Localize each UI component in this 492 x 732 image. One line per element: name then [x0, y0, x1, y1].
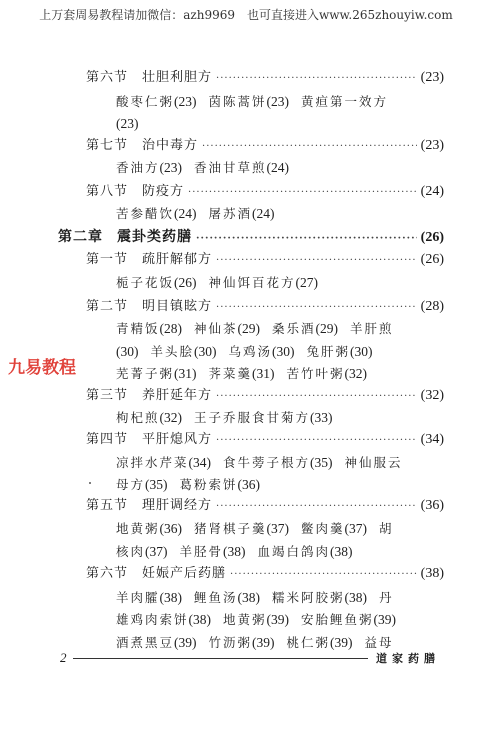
toc-section-entry: 第八节防疫方(24)	[86, 184, 444, 201]
recipe-page: (29)	[316, 321, 339, 336]
toc-recipe-line: 羊肉臛(38)鲤鱼汤(38)糯米阿胶粥(38)丹	[116, 590, 394, 606]
toc-recipe-line: (23)	[116, 116, 139, 132]
toc-recipe-line: 凉拌水芹菜(34)食牛蒡子根方(35)神仙服云	[116, 455, 403, 471]
recipe-name: 神仙服云	[345, 455, 403, 470]
toc-recipe-line: 母方(35)葛粉索饼(36)	[116, 477, 260, 493]
recipe-name: 丹	[379, 590, 394, 605]
footer-rule	[73, 658, 369, 659]
toc-recipe-line: 核肉(37)羊胫骨(38)血竭白鸽肉(38)	[116, 544, 353, 560]
toc-section-entry: 第六节壮胆利胆方(23)	[86, 70, 444, 87]
recipe-name: 益母	[365, 635, 394, 650]
toc-section-entry: 第一节疏肝解郁方(26)	[86, 252, 444, 269]
recipe-page: (28)	[160, 321, 183, 336]
entry-title: 壮胆利胆方	[142, 70, 212, 86]
recipe-page: (35)	[310, 455, 333, 470]
recipe-name: 猪肾棋子羹	[194, 521, 267, 536]
recipe-name: 葛粉索饼	[180, 477, 238, 492]
recipe-name: 羊胫骨	[180, 544, 224, 559]
recipe-name: 地黄粥	[116, 521, 160, 536]
recipe-page: (35)	[145, 477, 168, 492]
recipe-name: 青精饭	[116, 321, 160, 336]
recipe-page: (37)	[267, 521, 290, 536]
recipe-name: 芜菁子粥	[116, 366, 174, 381]
recipe-page: (34)	[189, 455, 212, 470]
toc-recipe-line: 青精饭(28)神仙茶(29)桑乐酒(29)羊肝煎	[116, 321, 394, 337]
toc-section-entry: 第二节明目镇眩方(28)	[86, 299, 444, 316]
dot-leader	[196, 231, 417, 247]
recipe-page: (38)	[345, 590, 368, 605]
recipe-name: 酸枣仁粥	[116, 94, 174, 109]
recipe-name: 地黄粥	[223, 612, 267, 627]
recipe-page: (26)	[174, 275, 197, 290]
recipe-page: (39)	[252, 635, 275, 650]
entry-page: (38)	[421, 566, 444, 582]
recipe-name: 枸杞煎	[116, 410, 160, 425]
entry-number: 第五节	[86, 498, 128, 514]
recipe-page: (38)	[330, 544, 353, 559]
recipe-page: (33)	[310, 410, 333, 425]
recipe-name: 血竭白鸽肉	[258, 544, 331, 559]
recipe-name: 苦竹叶粥	[287, 366, 345, 381]
recipe-page: (36)	[160, 521, 183, 536]
recipe-page: (24)	[252, 206, 275, 221]
dot-leader	[216, 253, 417, 269]
recipe-name: 黄疸第一效方	[301, 94, 388, 109]
dot-leader	[216, 71, 417, 87]
recipe-name: 食牛蒡子根方	[223, 455, 310, 470]
recipe-name: 栀子花饭	[116, 275, 174, 290]
toc-section-entry: 第七节治中毒方(23)	[86, 138, 444, 155]
scan-speck	[89, 482, 91, 484]
recipe-name: 凉拌水芹菜	[116, 455, 189, 470]
entry-title: 理肝调经方	[142, 498, 212, 514]
recipe-name: 王子乔服食甘菊方	[194, 410, 310, 425]
recipe-page: (27)	[296, 275, 319, 290]
recipe-page: (30)	[350, 344, 373, 359]
dot-leader	[216, 499, 417, 515]
toc-recipe-line: 栀子花饭(26)神仙饵百花方(27)	[116, 275, 318, 291]
recipe-page: (39)	[374, 612, 397, 627]
toc-section-entry: 第六节妊娠产后药膳(38)	[86, 566, 444, 583]
recipe-page: (23)	[116, 116, 139, 131]
toc-recipe-line: 苦参醋饮(24)屠苏酒(24)	[116, 206, 275, 222]
recipe-page: (37)	[345, 521, 368, 536]
entry-page: (28)	[421, 299, 444, 315]
entry-title: 明目镇眩方	[142, 299, 212, 315]
recipe-name: 桃仁粥	[287, 635, 331, 650]
recipe-page: (36)	[238, 477, 261, 492]
recipe-page: (29)	[238, 321, 261, 336]
recipe-name: 乌鸡汤	[229, 344, 273, 359]
recipe-page: (32)	[160, 410, 183, 425]
recipe-name: 荠菜羹	[209, 366, 253, 381]
recipe-name: 屠苏酒	[209, 206, 253, 221]
entry-page: (34)	[421, 432, 444, 448]
entry-title: 养肝延年方	[142, 388, 212, 404]
entry-page: (23)	[421, 138, 444, 154]
dot-leader	[216, 300, 417, 316]
header-banner: 上万套周易教程请加微信：azh9969 也可直接进入www.265zhouyiw…	[0, 6, 492, 23]
entry-number: 第二章	[58, 229, 103, 245]
toc-chapter-entry: 第二章震卦类药膳(26)	[58, 229, 444, 247]
toc-recipe-line: 地黄粥(36)猪肾棋子羹(37)鳖肉羹(37)胡	[116, 521, 394, 537]
toc-section-entry: 第三节养肝延年方(32)	[86, 388, 444, 405]
recipe-page: (24)	[174, 206, 197, 221]
recipe-page: (38)	[238, 590, 261, 605]
recipe-page: (37)	[145, 544, 168, 559]
entry-number: 第八节	[86, 184, 128, 200]
toc-recipe-line: 枸杞煎(32)王子乔服食甘菊方(33)	[116, 410, 333, 426]
watermark-logo: 九易教程	[8, 353, 76, 378]
dot-leader	[230, 567, 417, 583]
recipe-page: (32)	[345, 366, 368, 381]
entry-number: 第一节	[86, 252, 128, 268]
entry-title: 震卦类药膳	[117, 229, 192, 245]
recipe-page: (39)	[174, 635, 197, 650]
recipe-page: (39)	[267, 612, 290, 627]
recipe-name: 香油方	[116, 160, 160, 175]
dot-leader	[216, 389, 417, 405]
recipe-name: 神仙饵百花方	[209, 275, 296, 290]
recipe-name: 鳖肉羹	[301, 521, 345, 536]
recipe-page: (30)	[194, 344, 217, 359]
recipe-page: (23)	[174, 94, 197, 109]
running-title: 道家药膳	[376, 650, 440, 666]
entry-title: 平肝熄风方	[142, 432, 212, 448]
entry-page: (26)	[421, 252, 444, 268]
entry-page: (24)	[421, 184, 444, 200]
entry-number: 第七节	[86, 138, 128, 154]
entry-title: 治中毒方	[142, 138, 198, 154]
recipe-page: (39)	[330, 635, 353, 650]
dot-leader	[188, 185, 417, 201]
recipe-name: 苦参醋饮	[116, 206, 174, 221]
dot-leader	[202, 139, 417, 155]
toc-recipe-line: (30)羊头脍(30)乌鸡汤(30)兔肝粥(30)	[116, 344, 373, 360]
recipe-page: (38)	[223, 544, 246, 559]
recipe-name: 核肉	[116, 544, 145, 559]
entry-title: 疏肝解郁方	[142, 252, 212, 268]
recipe-name: 雄鸡肉索饼	[116, 612, 189, 627]
toc-recipe-line: 雄鸡肉索饼(38)地黄粥(39)安胎鲤鱼粥(39)	[116, 612, 396, 628]
recipe-name: 羊头脍	[151, 344, 195, 359]
recipe-page: (31)	[174, 366, 197, 381]
page-footer: 2 道家药膳	[60, 650, 440, 666]
entry-title: 妊娠产后药膳	[142, 566, 226, 582]
entry-number: 第二节	[86, 299, 128, 315]
toc-recipe-line: 香油方(23)香油甘草煎(24)	[116, 160, 289, 176]
recipe-name: 香油甘草煎	[194, 160, 267, 175]
toc-recipe-line: 酸枣仁粥(23)茵陈蒿饼(23)黄疸第一效方	[116, 94, 388, 110]
entry-number: 第四节	[86, 432, 128, 448]
recipe-name: 羊肉臛	[116, 590, 160, 605]
recipe-name: 安胎鲤鱼粥	[301, 612, 374, 627]
recipe-name: 母方	[116, 477, 145, 492]
recipe-page: (24)	[267, 160, 290, 175]
dot-leader	[216, 433, 417, 449]
entry-page: (36)	[421, 498, 444, 514]
toc-section-entry: 第五节理肝调经方(36)	[86, 498, 444, 515]
recipe-name: 竹沥粥	[209, 635, 253, 650]
recipe-page: (31)	[252, 366, 275, 381]
recipe-name: 胡	[379, 521, 394, 536]
recipe-name: 神仙茶	[194, 321, 238, 336]
recipe-name: 桑乐酒	[272, 321, 316, 336]
recipe-name: 羊肝煎	[350, 321, 394, 336]
recipe-page: (23)	[267, 94, 290, 109]
recipe-page: (30)	[272, 344, 295, 359]
recipe-name: 鲤鱼汤	[194, 590, 238, 605]
recipe-name: 茵陈蒿饼	[209, 94, 267, 109]
entry-number: 第三节	[86, 388, 128, 404]
entry-number: 第六节	[86, 566, 128, 582]
toc-section-entry: 第四节平肝熄风方(34)	[86, 432, 444, 449]
entry-page: (32)	[421, 388, 444, 404]
recipe-page: (38)	[160, 590, 183, 605]
recipe-name: 兔肝粥	[307, 344, 351, 359]
entry-number: 第六节	[86, 70, 128, 86]
recipe-page: (30)	[116, 344, 139, 359]
recipe-page: (23)	[160, 160, 183, 175]
recipe-page: (38)	[189, 612, 212, 627]
toc-recipe-line: 酒煮黑豆(39)竹沥粥(39)桃仁粥(39)益母	[116, 635, 394, 651]
toc-recipe-line: 芜菁子粥(31)荠菜羹(31)苦竹叶粥(32)	[116, 366, 367, 382]
entry-page: (23)	[421, 70, 444, 86]
entry-title: 防疫方	[142, 184, 184, 200]
page-number: 2	[60, 650, 67, 666]
entry-page: (26)	[421, 230, 444, 246]
recipe-name: 酒煮黑豆	[116, 635, 174, 650]
recipe-name: 糯米阿胶粥	[272, 590, 345, 605]
